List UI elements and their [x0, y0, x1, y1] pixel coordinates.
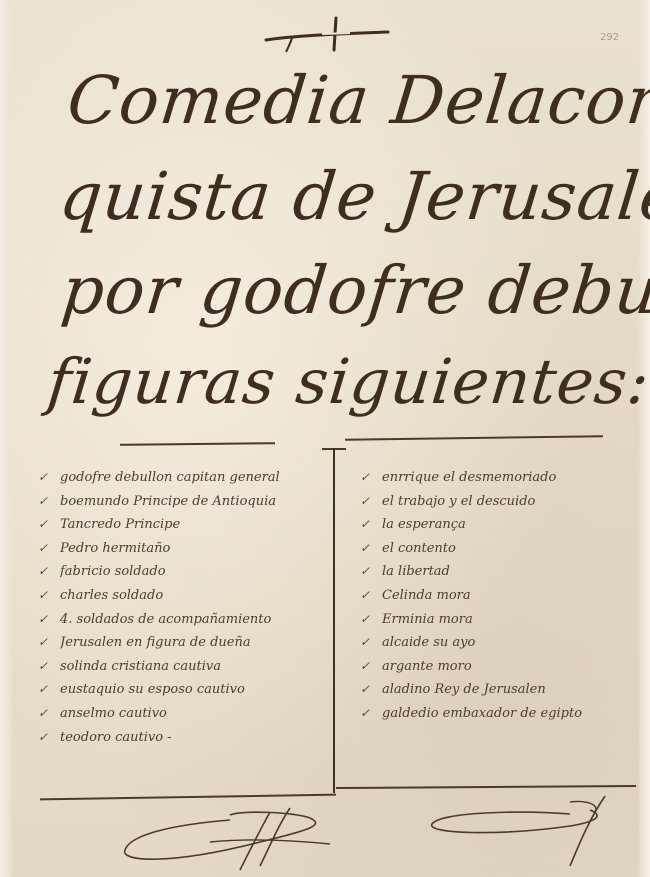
- cast-entry: ✓4. soldados de acompañamiento: [38, 612, 330, 636]
- cast-entry: ✓eustaquio su esposo cautivo: [38, 682, 330, 706]
- cast-entry: ✓enrrique el desmemoriado: [360, 470, 630, 494]
- cast-entry: ✓Tancredo Principe: [38, 517, 330, 541]
- cast-entry: ✓Erminia mora: [360, 612, 630, 636]
- cast-entry: ✓alcaide su ayo: [360, 635, 630, 659]
- check-mark-icon: ✓: [38, 730, 60, 744]
- check-mark-icon: ✓: [360, 470, 382, 484]
- check-mark-icon: ✓: [360, 564, 382, 578]
- check-mark-icon: ✓: [38, 564, 60, 578]
- check-mark-icon: ✓: [360, 612, 382, 626]
- check-mark-icon: ✓: [38, 494, 60, 508]
- cast-entry: ✓aladino Rey de Jerusalen: [360, 682, 630, 706]
- cast-entry: ✓teodoro cautivo -: [38, 730, 330, 754]
- title-line-1: Comedia Delacon: [64, 62, 650, 139]
- column-divider: [333, 448, 335, 793]
- cast-list-left: ✓godofre debullon capitan general ✓boemu…: [38, 470, 330, 753]
- bottom-rule-right: [336, 785, 636, 789]
- check-mark-icon: ✓: [360, 541, 382, 555]
- paper-edge-left: [0, 0, 14, 877]
- check-mark-icon: ✓: [360, 517, 382, 531]
- check-mark-icon: ✓: [38, 706, 60, 720]
- cast-entry: ✓galdedio embaxador de egipto: [360, 706, 630, 730]
- title-line-4: figuras siguientes:: [44, 345, 650, 418]
- cast-entry: ✓Jerusalen en figura de dueña: [38, 635, 330, 659]
- check-mark-icon: ✓: [38, 588, 60, 602]
- cast-list-right: ✓enrrique el desmemoriado ✓el trabajo y …: [360, 470, 630, 730]
- title-underline-left: [120, 442, 275, 446]
- cast-entry: ✓solinda cristiana cautiva: [38, 659, 330, 683]
- check-mark-icon: ✓: [360, 659, 382, 673]
- cast-entry: ✓argante moro: [360, 659, 630, 683]
- check-mark-icon: ✓: [360, 682, 382, 696]
- check-mark-icon: ✓: [360, 635, 382, 649]
- signature-rubric-left: [110, 800, 360, 875]
- cast-entry: ✓el contento: [360, 541, 630, 565]
- cast-entry: ✓godofre debullon capitan general: [38, 470, 330, 494]
- cast-entry: ✓la esperança: [360, 517, 630, 541]
- title-underline-right: [345, 435, 603, 441]
- check-mark-icon: ✓: [38, 470, 60, 484]
- check-mark-icon: ✓: [38, 659, 60, 673]
- cast-entry: ✓el trabajo y el descuido: [360, 494, 630, 518]
- cast-entry: ✓la libertad: [360, 564, 630, 588]
- cast-entry: ✓Pedro hermitaño: [38, 541, 330, 565]
- cast-entry: ✓Celinda mora: [360, 588, 630, 612]
- cross-mark-icon: [262, 14, 392, 54]
- check-mark-icon: ✓: [38, 541, 60, 555]
- cast-entry: ✓anselmo cautivo: [38, 706, 330, 730]
- check-mark-icon: ✓: [360, 588, 382, 602]
- check-mark-icon: ✓: [38, 682, 60, 696]
- check-mark-icon: ✓: [360, 706, 382, 720]
- folio-number: 292: [600, 32, 619, 43]
- title-line-2: quista de Jerusalen: [56, 158, 650, 235]
- check-mark-icon: ✓: [360, 494, 382, 508]
- manuscript-page: 292 Comedia Delacon quista de Jerusalen …: [0, 0, 650, 877]
- cast-entry: ✓fabricio soldado: [38, 564, 330, 588]
- check-mark-icon: ✓: [38, 612, 60, 626]
- cast-entry: ✓charles soldado: [38, 588, 330, 612]
- check-mark-icon: ✓: [38, 635, 60, 649]
- signature-rubric-right: [420, 792, 630, 872]
- cast-entry: ✓boemundo Principe de Antioquia: [38, 494, 330, 518]
- check-mark-icon: ✓: [38, 517, 60, 531]
- title-line-3: por godofre debullon: [58, 252, 650, 329]
